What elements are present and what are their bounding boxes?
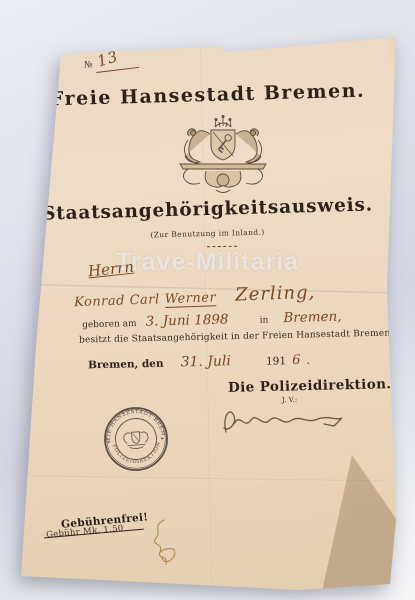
svg-text:✦: ✦ (107, 440, 112, 446)
paper-shadow: № 13 Freie Hansestadt Bremen. (0, 0, 415, 600)
trave-militaria-watermark: Trave-Militaria (0, 248, 415, 277)
horizontal-fold-crease-lower (24, 475, 384, 482)
seal-center-emblem (123, 431, 148, 449)
birth-date-handwritten: 3. Juni 1898 (145, 312, 228, 330)
document-header: Freie Hansestadt Bremen. (0, 78, 415, 112)
holder-call-name-underlined: Werner (164, 290, 216, 308)
year-printed: 191 (266, 355, 286, 367)
citizenship-statement: besitzt die Staatsangehörigkeit in der F… (79, 328, 394, 345)
photo-background: № 13 Freie Hansestadt Bremen. (0, 0, 415, 600)
period: . (306, 355, 310, 367)
document-paper: № 13 Freie Hansestadt Bremen. (0, 0, 415, 600)
in-label: in (260, 316, 269, 326)
issue-date-handwritten: 31. Juli (180, 353, 231, 370)
document-number-value: 13 (95, 47, 120, 70)
document-number: № 13 (84, 51, 119, 71)
authority-name: Die Polizeidirektion. (228, 376, 392, 396)
born-label: geboren am (82, 319, 137, 330)
birthplace-handwritten: Bremen, (283, 309, 342, 327)
holder-given-names: Konrad Carl (74, 292, 160, 310)
clerk-initial-scribble (134, 516, 194, 568)
holder-surname: Zerling, (235, 282, 316, 306)
number-sign: № (84, 60, 93, 70)
signature-scribble (220, 400, 350, 442)
year-digit-handwritten: 6 (292, 353, 301, 368)
police-seal-stamp: FREIE HANSESTADT BREMEN POLIZEIDIREKTION… (101, 404, 171, 474)
issue-date-line: Bremen, den 31. Juli 191 6 . (88, 349, 310, 373)
place-date-label: Bremen, den (88, 358, 164, 372)
document-subtitle: (Zur Benutzung im Inland.) (0, 224, 415, 243)
bremen-coat-of-arms-illustration (158, 114, 288, 202)
svg-text:✦: ✦ (160, 436, 165, 442)
document-title: Staatsangehörigkeitsausweis. (0, 193, 415, 226)
